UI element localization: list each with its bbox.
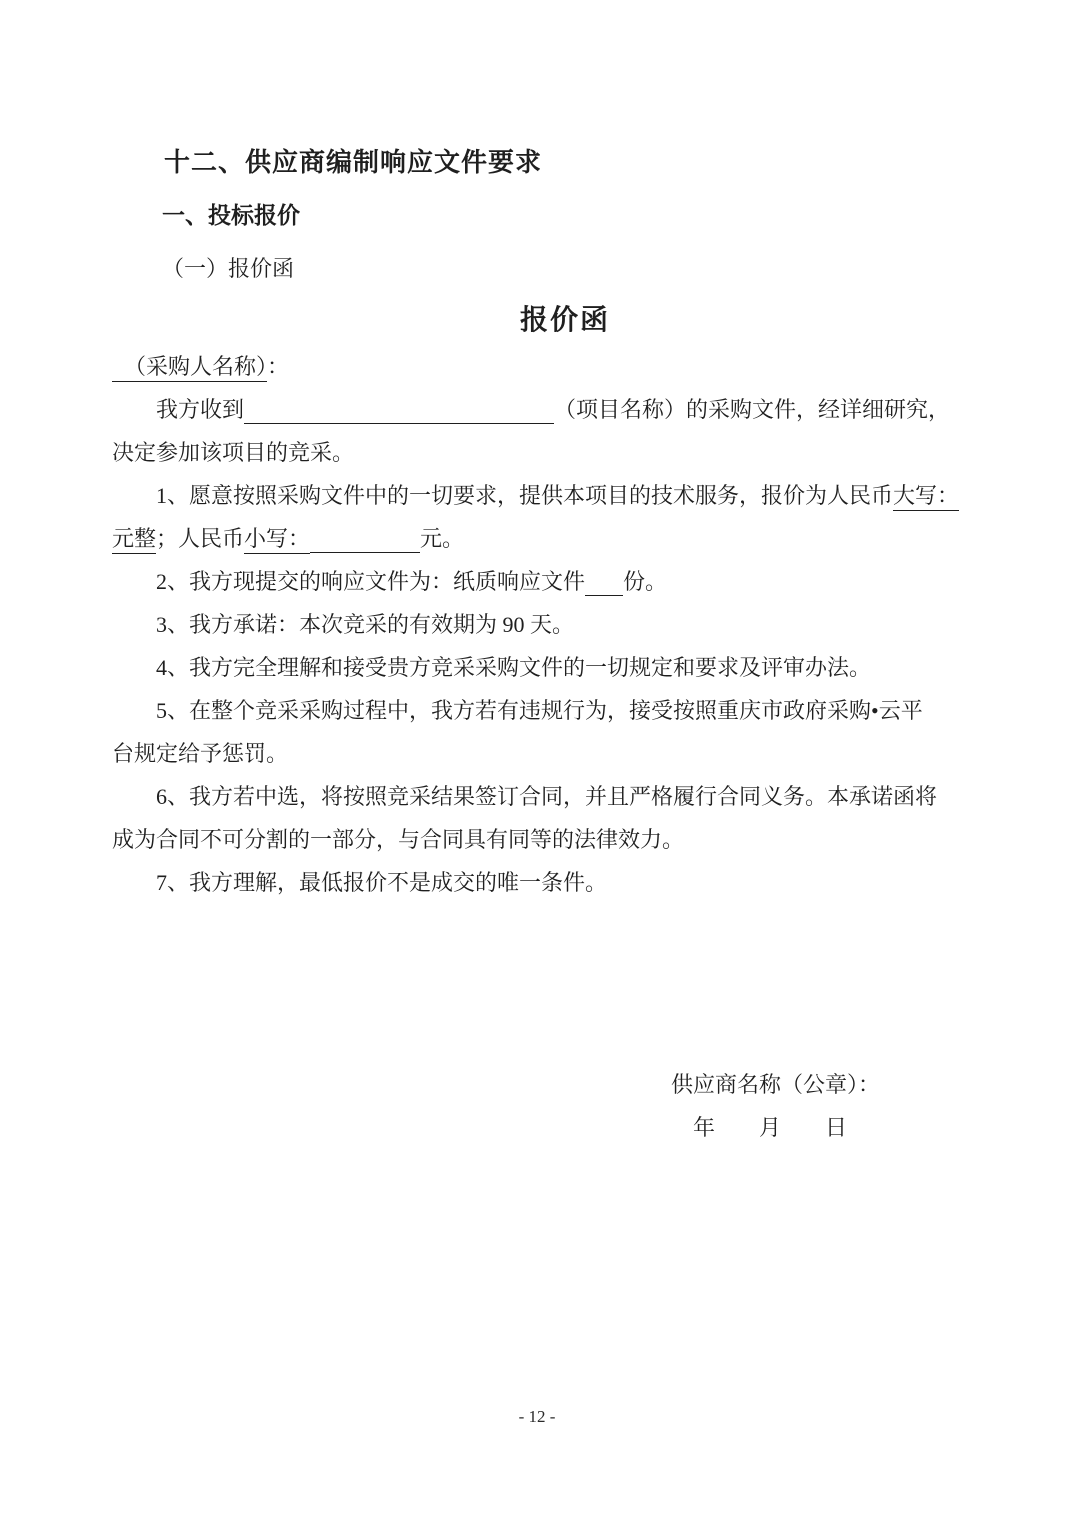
intro-line-2: 决定参加该项目的竞采。 xyxy=(112,431,958,474)
item-2-line: 2、我方现提交的响应文件为：纸质响应文件份。 xyxy=(112,560,958,603)
list-item-heading: （一）报价函 xyxy=(112,251,958,287)
item-6-line-1: 6、我方若中选，将按照竞采结果签订合同，并且严格履行合同义务。本承诺函将 xyxy=(112,775,958,818)
item-5-line-2: 台规定给予惩罚。 xyxy=(112,732,958,775)
project-name-blank xyxy=(244,407,554,424)
item-2-lead-text: 2、我方现提交的响应文件为：纸质响应文件 xyxy=(156,569,585,594)
item-3-line: 3、我方承诺：本次竞采的有效期为 90 天。 xyxy=(112,603,958,646)
item-1-tail-text: 元。 xyxy=(420,526,464,551)
salutation-colon: ： xyxy=(267,354,289,379)
yuan-zheng-underlined: 元整 xyxy=(112,526,156,554)
date-label: 年 月 日 xyxy=(112,1106,958,1149)
item-1-line-2: 元整；人民币小写：元。 xyxy=(112,517,958,560)
item-7-line: 7、我方理解，最低报价不是成交的唯一条件。 xyxy=(112,861,958,904)
item-6-line-2: 成为合同不可分割的一部分，与合同具有同等的法律效力。 xyxy=(112,818,958,861)
copies-count-blank xyxy=(585,579,623,596)
amount-figures-label-underlined: 小写： xyxy=(244,526,310,554)
amount-figures-blank xyxy=(310,536,420,553)
section-heading: 十二、供应商编制响应文件要求 xyxy=(112,143,958,183)
intro-lead-text: 我方收到 xyxy=(156,397,244,422)
salutation-line: （采购人名称）： xyxy=(112,345,958,388)
document-page: 十二、供应商编制响应文件要求 一、投标报价 （一）报价函 报价函 （采购人名称）… xyxy=(0,0,1074,1520)
supplier-name-seal-label: 供应商名称（公章）： xyxy=(112,1063,958,1106)
intro-line-1: 我方收到（项目名称）的采购文件，经详细研究， xyxy=(112,388,958,431)
amount-words-label-underlined: 大写： xyxy=(893,483,959,511)
item-2-tail-text: 份。 xyxy=(623,569,667,594)
subsection-heading: 一、投标报价 xyxy=(112,198,958,234)
item-5-line-1: 5、在整个竞采采购过程中，我方若有违规行为，接受按照重庆市政府采购•云平 xyxy=(112,689,958,732)
buyer-name-underlined: （采购人名称） xyxy=(112,354,267,382)
page-number: - 12 - xyxy=(0,1405,1074,1429)
intro-after-text: （项目名称）的采购文件，经详细研究， xyxy=(554,397,950,422)
item-4-line: 4、我方完全理解和接受贵方竞采采购文件的一切规定和要求及评审办法。 xyxy=(112,646,958,689)
item-1-line-1: 1、愿意按照采购文件中的一切要求，提供本项目的技术服务，报价为人民币大写： xyxy=(112,474,958,517)
document-content: 十二、供应商编制响应文件要求 一、投标报价 （一）报价函 报价函 （采购人名称）… xyxy=(0,143,1074,1149)
item-1-text: 1、愿意按照采购文件中的一切要求，提供本项目的技术服务，报价为人民币 xyxy=(156,483,893,508)
item-1-mid-text: ；人民币 xyxy=(156,526,244,551)
letter-title: 报价函 xyxy=(172,300,958,342)
